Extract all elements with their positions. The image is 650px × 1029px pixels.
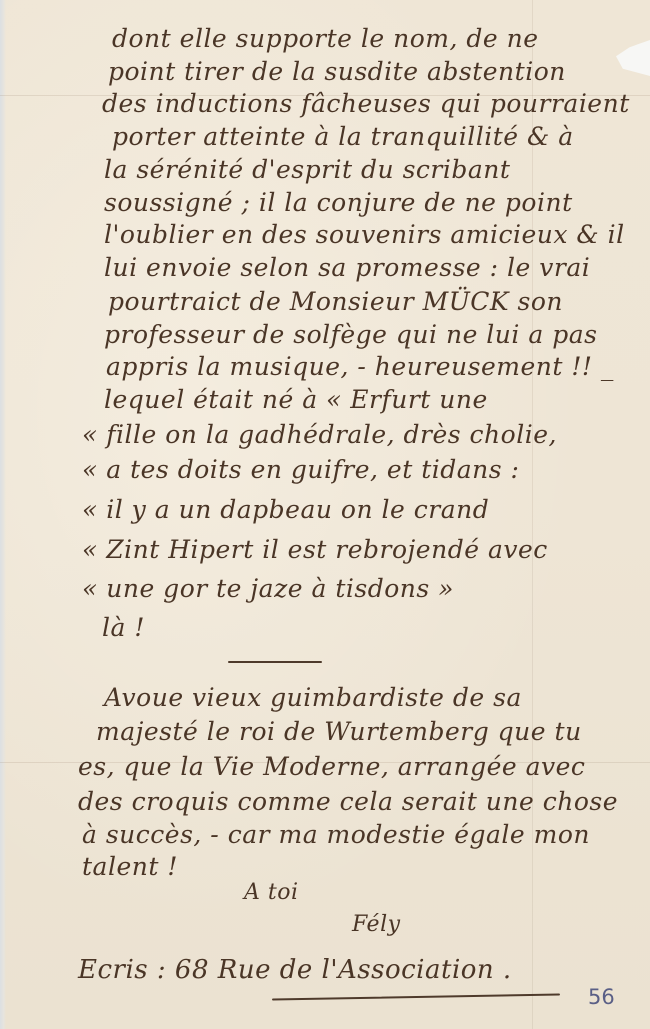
text-line: es, que la Vie Moderne, arrangée avec	[78, 752, 585, 781]
text-line: « il y a un dapbeau on le crand	[82, 495, 489, 524]
signature-name: Fély	[352, 912, 401, 937]
text-line: point tirer de la susdite abstention	[108, 57, 566, 86]
address-line: Ecris : 68 Rue de l'Association .	[78, 955, 512, 985]
text-line: « fille on la gadhédrale, drès cholie,	[82, 420, 557, 449]
text-line: des croquis comme cela serait une chose	[78, 787, 618, 816]
salutation: A toi	[244, 880, 299, 905]
letter-page: dont elle supporte le nom, de ne point t…	[0, 0, 650, 1029]
text-line: l'oublier en des souvenirs amicieux & il	[104, 220, 625, 249]
text-line: dont elle supporte le nom, de ne	[112, 24, 539, 53]
separator-rule	[228, 661, 322, 663]
page-left-edge	[0, 0, 6, 1029]
address-underline	[272, 993, 560, 1000]
text-line: à succès, - car ma modestie égale mon	[82, 820, 590, 849]
text-line: pourtraict de Monsieur MÜCK son	[108, 287, 563, 316]
text-line: talent !	[82, 852, 178, 881]
text-line: là !	[102, 613, 145, 642]
text-line: professeur de solfège qui ne lui a pas	[104, 320, 597, 349]
torn-corner	[616, 40, 650, 76]
paper-fold-vertical	[532, 0, 533, 1029]
text-line: la sérénité d'esprit du scribant	[104, 155, 510, 184]
text-line: porter atteinte à la tranquillité & à	[112, 122, 574, 151]
text-line: appris la musique, - heureusement !! _	[106, 352, 614, 381]
text-line: Avoue vieux guimbardiste de sa	[104, 683, 522, 712]
page-number: 56	[588, 985, 615, 1009]
text-line: lequel était né à « Erfurt une	[104, 385, 488, 414]
text-line: majesté le roi de Wurtemberg que tu	[96, 717, 582, 746]
text-line: « a tes doits en guifre, et tidans :	[82, 455, 519, 484]
text-line: lui envoie selon sa promesse : le vrai	[104, 253, 590, 282]
text-line: « une gor te jaze à tisdons »	[82, 574, 454, 603]
text-line: soussigné ; il la conjure de ne point	[104, 188, 573, 217]
text-line: des inductions fâcheuses qui pourraient	[102, 89, 630, 118]
text-line: « Zint Hipert il est rebrojendé avec	[82, 535, 548, 564]
